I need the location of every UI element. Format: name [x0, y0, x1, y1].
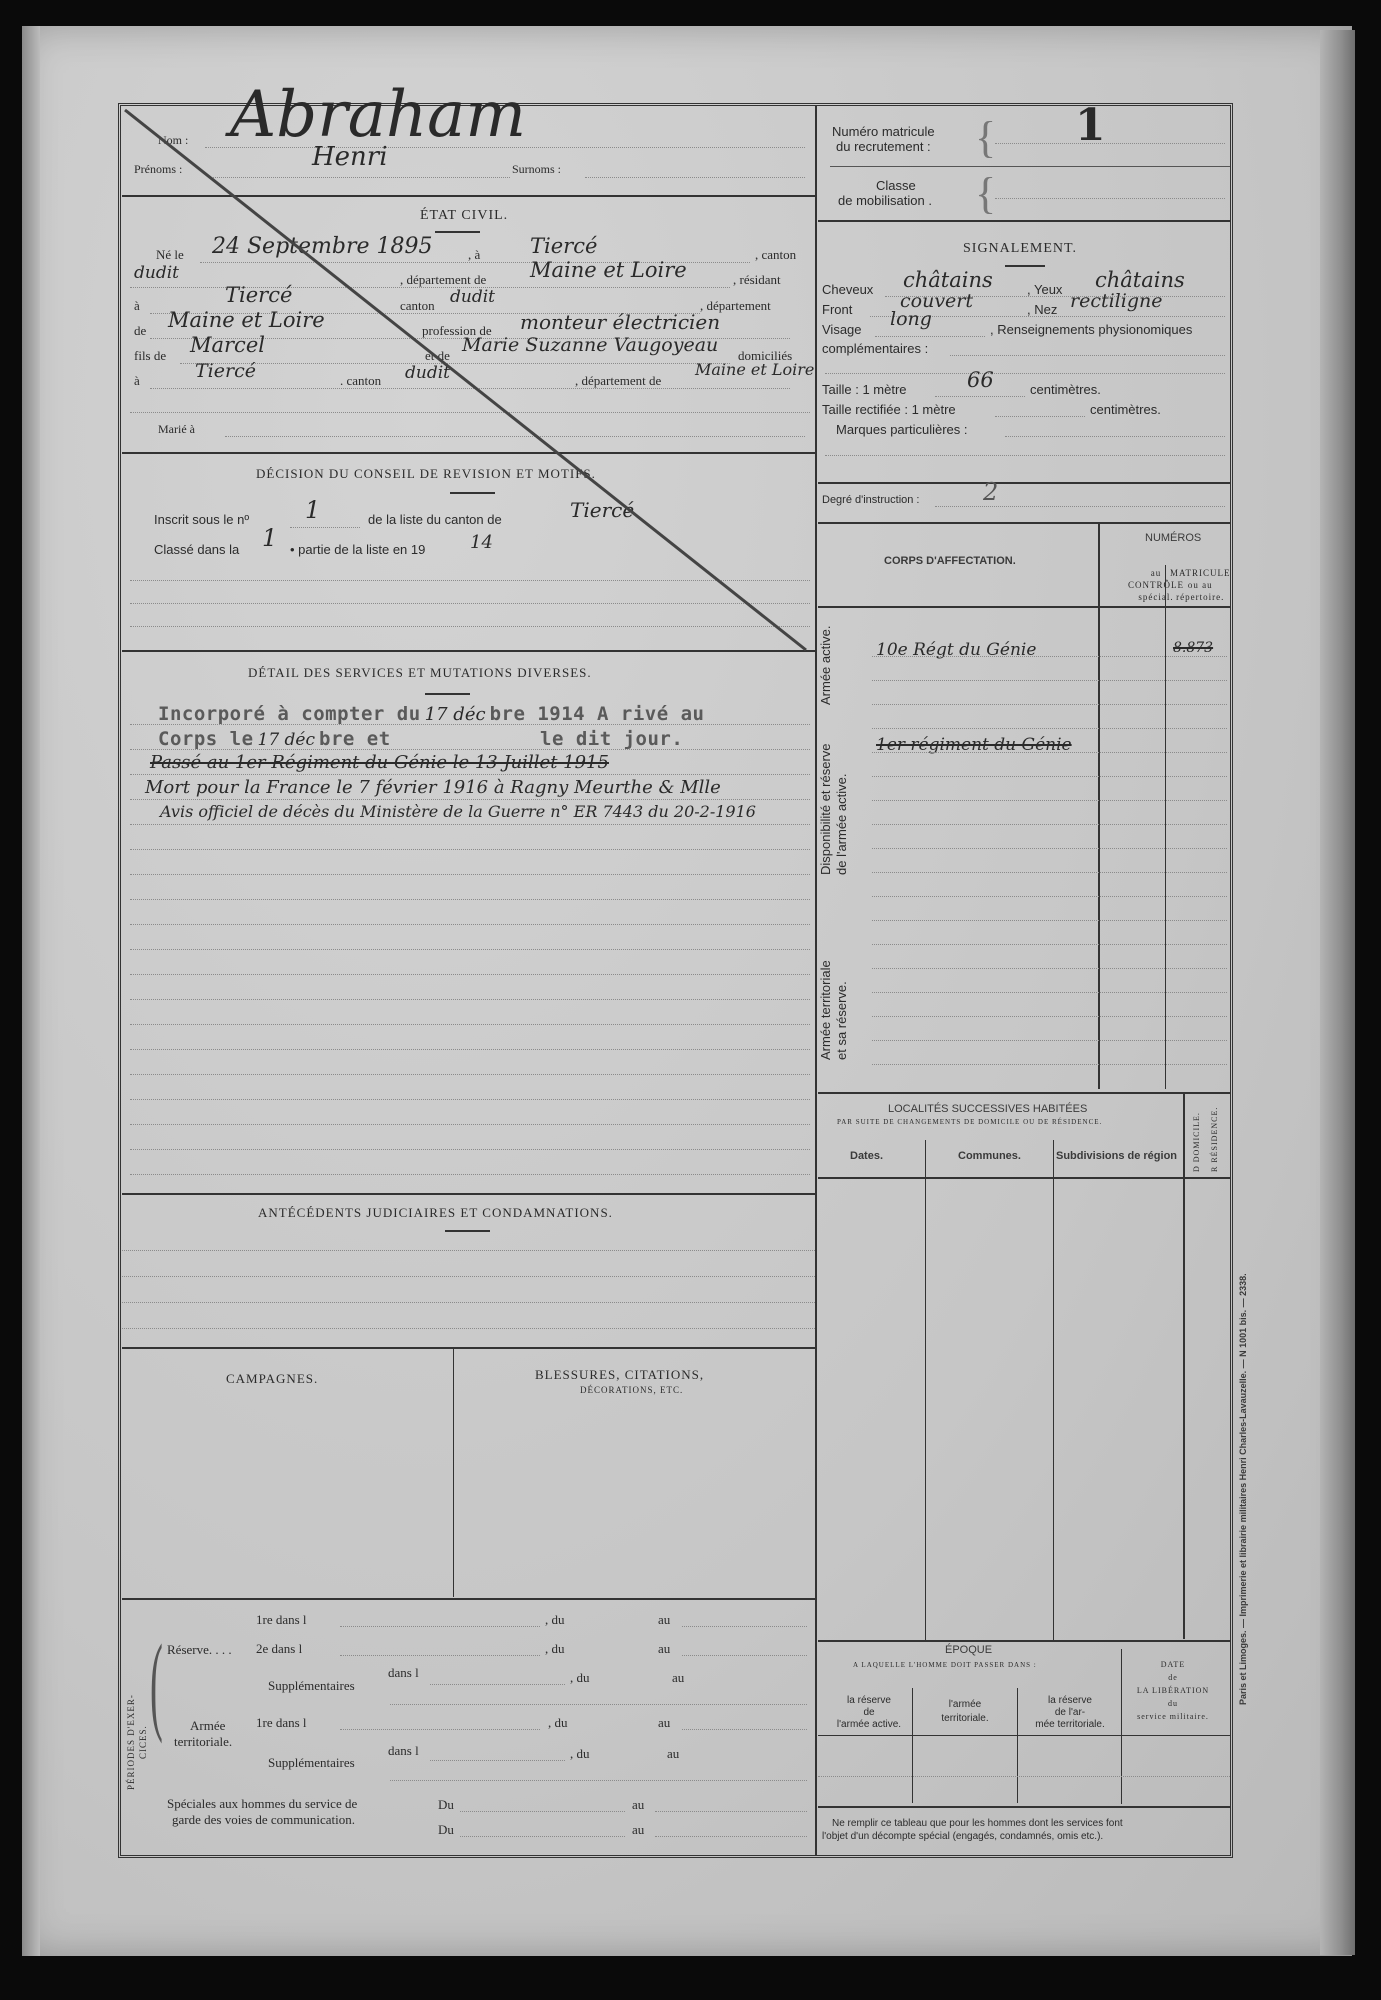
speciales-row-1-field[interactable]	[460, 1811, 625, 1812]
ruled-line	[818, 1776, 1230, 1777]
ruled-line	[130, 924, 810, 925]
armee-territoriale-label-1: Armée	[190, 1718, 225, 1734]
ruled-line	[872, 752, 1227, 753]
reserve-row-2-au: au	[658, 1641, 670, 1657]
ruled-line	[130, 1074, 810, 1075]
disponibilite-label: Disponibilité et réserve de l'armée acti…	[818, 743, 850, 875]
ruled-line	[872, 704, 1227, 705]
ruled-line	[130, 749, 810, 750]
ruled-line	[872, 944, 1227, 945]
armee-territoriale-label-2: territoriale.	[174, 1734, 232, 1750]
ruled-line	[122, 1328, 815, 1329]
localites-legend-divider	[1183, 1094, 1185, 1639]
reserve-supp-field[interactable]	[430, 1684, 565, 1685]
ruled-line	[872, 968, 1227, 969]
speciales-row-2-field[interactable]	[460, 1836, 625, 1837]
services-typed-line-1: Incorporé à compter du 17 déc bre 1914 A…	[158, 703, 704, 725]
reserve-supp-dans: dans l	[388, 1665, 419, 1681]
speciales-du-1: Du	[438, 1797, 454, 1813]
numeros-divider	[1098, 524, 1100, 1089]
antecedents-heading: ANTÉCÉDENTS JUDICIAIRES ET CONDAMNATIONS…	[258, 1205, 613, 1221]
blessures-heading: BLESSURES, CITATIONS,	[535, 1367, 704, 1383]
ruled-line	[872, 1016, 1227, 1017]
territoriale-supplementaires-label: Supplémentaires	[268, 1755, 355, 1771]
services-struck-line: Passé au 1er Régiment du Génie le 13 Jui…	[150, 752, 609, 773]
reserve-row-1-au: au	[658, 1612, 670, 1628]
reserve-row-2-au-field[interactable]	[682, 1655, 807, 1656]
localites-subheading: PAR SUITE DE CHANGEMENTS DE DOMICILE OU …	[837, 1118, 1102, 1126]
col-divider	[912, 1688, 913, 1803]
reserve-label: Réserve. . . .	[167, 1642, 232, 1658]
divider	[818, 1735, 1230, 1736]
localites-heading: LOCALITÉS SUCCESSIVES HABITÉES	[888, 1103, 1087, 1115]
epoque-heading: ÉPOQUE	[945, 1644, 992, 1656]
ruled-line	[130, 1099, 810, 1100]
divider	[122, 1598, 815, 1600]
ruled-line	[130, 874, 810, 875]
reserve-supplementaires-label: Supplémentaires	[268, 1678, 355, 1694]
col-divider	[925, 1140, 926, 1640]
ruled-line	[130, 899, 810, 900]
speciales-row-1-au-field[interactable]	[655, 1811, 807, 1812]
territoriale-label: Armée territoriale et sa réserve.	[818, 960, 850, 1060]
campagnes-heading: CAMPAGNES.	[226, 1371, 318, 1387]
ruled-line	[872, 800, 1227, 801]
col-divider	[1121, 1649, 1122, 1804]
ruled-line	[122, 1276, 815, 1277]
reserve-supp-du: , du	[570, 1670, 590, 1686]
speciales-au-1: au	[632, 1797, 644, 1813]
divider	[818, 1806, 1230, 1808]
col-header-dates: Dates.	[850, 1150, 883, 1162]
ruled-line	[872, 896, 1227, 897]
ruled-line	[130, 1174, 810, 1175]
ruled-line	[872, 680, 1227, 681]
ruled-line	[872, 920, 1227, 921]
services-heading: DÉTAIL DES SERVICES ET MUTATIONS DIVERSE…	[248, 665, 592, 681]
ruled-line	[130, 824, 810, 825]
heading-underline	[445, 1230, 490, 1232]
ruled-line	[130, 1149, 810, 1150]
ruled-line	[872, 872, 1227, 873]
divider	[818, 1177, 1230, 1179]
col-divider	[1053, 1140, 1054, 1640]
territoriale-supp-au: au	[667, 1746, 679, 1762]
reserve-row-1-label: 1re dans l	[256, 1612, 307, 1628]
ruled-line	[130, 774, 810, 775]
col-header-communes: Communes.	[958, 1150, 1021, 1162]
territoriale-supp-field[interactable]	[430, 1760, 565, 1761]
epoque-note-2: l'objet d'un décompte spécial (engagés, …	[822, 1831, 1103, 1842]
armee-active-entry: 10e Régt du Génie	[876, 640, 1036, 660]
ruled-line	[130, 1024, 810, 1025]
ruled-line	[130, 974, 810, 975]
territoriale-supp-du: , du	[570, 1746, 590, 1762]
ruled-line	[130, 1049, 810, 1050]
col-divider	[453, 1349, 454, 1597]
territoriale-row-1-field[interactable]	[340, 1729, 540, 1730]
reserve-row-1-au-field[interactable]	[682, 1626, 807, 1627]
ruled-line	[130, 1124, 810, 1125]
reserve-row-2-du: , du	[545, 1641, 565, 1657]
ruled-line	[872, 656, 1227, 657]
numeros-subdivider	[1165, 565, 1166, 1089]
epoque-col-reserve-active: la réserve de l'armée active.	[826, 1695, 912, 1731]
divider	[122, 1347, 815, 1349]
reserve-row-1-du: , du	[545, 1612, 565, 1628]
armee-active-label: Armée active.	[818, 626, 833, 705]
brace-icon: (	[150, 1620, 163, 1747]
ruled-line	[130, 724, 810, 725]
localites-legend: D DOMICILE. R RÉSIDENCE.	[1188, 1107, 1224, 1172]
ruled-line	[130, 799, 810, 800]
territoriale-row-1-au-field[interactable]	[682, 1729, 807, 1730]
territoriale-row-1-label: 1re dans l	[256, 1715, 307, 1731]
services-hand-line-2: Avis officiel de décès du Ministère de l…	[160, 802, 756, 821]
territoriale-supp-field-2[interactable]	[390, 1780, 807, 1781]
territoriale-row-1-du: , du	[548, 1715, 568, 1731]
corps-heading: CORPS D'AFFECTATION.	[884, 555, 1016, 567]
ruled-line	[872, 992, 1227, 993]
numeros-heading: NUMÉROS	[1145, 532, 1201, 544]
services-hand-line-1: Mort pour la France le 7 février 1916 à …	[145, 777, 721, 798]
epoque-col-reserve-territoriale: la réserve de l'ar- mée territoriale.	[1019, 1695, 1121, 1731]
services-typed-line-2: Corps le 17 déc bre et	[158, 728, 391, 750]
ruled-line	[872, 728, 1227, 729]
armee-active-matricule: 8.873	[1173, 640, 1213, 656]
epoque-note-1: Ne remplir ce tableau que pour les homme…	[832, 1818, 1123, 1829]
printer-imprint: Paris et Limoges. — Imprimerie et librai…	[1238, 1273, 1248, 1705]
territoriale-row-1-au: au	[658, 1715, 670, 1731]
heading-underline	[425, 693, 470, 695]
speciales-au-2: au	[632, 1822, 644, 1838]
ruled-line	[872, 1040, 1227, 1041]
reserve-supp-field-2[interactable]	[390, 1704, 807, 1705]
reserve-row-2-field[interactable]	[340, 1655, 540, 1656]
reserve-row-2-label: 2e dans l	[256, 1641, 302, 1657]
ruled-line	[872, 848, 1227, 849]
date-liberation-header: DATE de LA LIBÉRATION du service militai…	[1123, 1658, 1223, 1723]
ruled-line	[872, 824, 1227, 825]
epoque-col-territoriale: l'armée territoriale.	[914, 1698, 1016, 1726]
periodes-side-label: PÉRIODES D'EXER- CICES.	[125, 1694, 149, 1790]
ruled-line	[130, 949, 810, 950]
col-matricule-header: MATRICULE ou au répertoire.	[1170, 567, 1231, 603]
territoriale-supp-dans: dans l	[388, 1743, 419, 1759]
ruled-line	[122, 1302, 815, 1303]
col-header-subdivisions: Subdivisions de région	[1056, 1150, 1177, 1162]
speciales-row-2-au-field[interactable]	[655, 1836, 807, 1837]
ruled-line	[130, 849, 810, 850]
ruled-line	[872, 1064, 1227, 1065]
col-divider	[1017, 1688, 1018, 1803]
epoque-subheading: A LAQUELLE L'HOMME DOIT PASSER DANS :	[853, 1661, 1037, 1669]
divider	[122, 1193, 815, 1195]
speciales-label-1: Spéciales aux hommes du service de	[167, 1796, 357, 1812]
blessures-subheading: DÉCORATIONS, ETC.	[580, 1385, 683, 1395]
reserve-supp-au: au	[672, 1670, 684, 1686]
reserve-row-1-field[interactable]	[340, 1626, 540, 1627]
speciales-du-2: Du	[438, 1822, 454, 1838]
services-typed-line-2-end: le dit jour.	[540, 728, 683, 750]
speciales-label-2: garde des voies de communication.	[172, 1812, 355, 1828]
ruled-line	[130, 999, 810, 1000]
divider	[818, 1640, 1230, 1642]
ruled-line	[872, 776, 1227, 777]
ruled-line	[122, 1250, 815, 1251]
divider	[818, 606, 1230, 608]
divider	[818, 1092, 1230, 1094]
